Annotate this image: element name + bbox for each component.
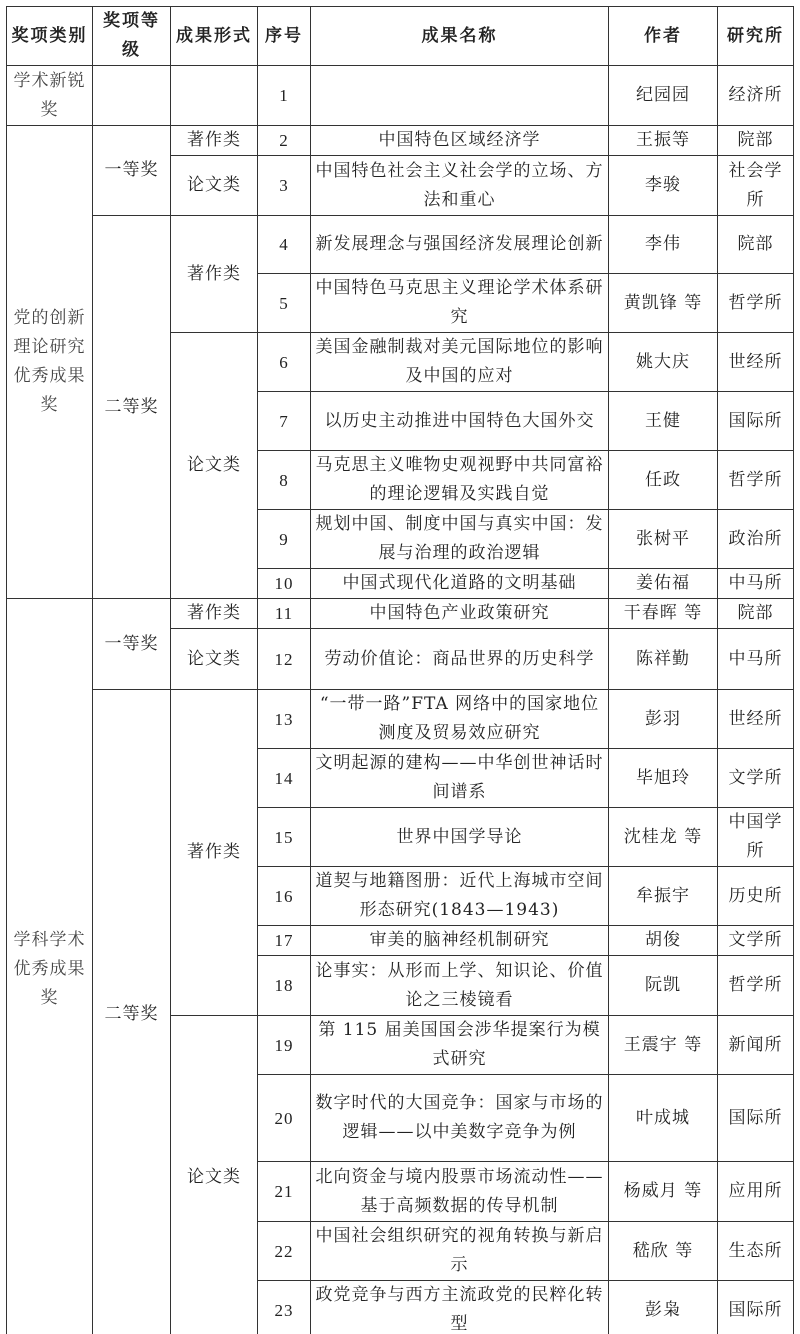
author-cell: 纪园园 — [609, 66, 718, 126]
author-cell: 彭枭 — [609, 1281, 718, 1334]
number-cell: 6 — [258, 333, 311, 392]
category-cell: 党的创新理论研究优秀成果奖 — [7, 126, 93, 599]
title-cell: 以历史主动推进中国特色大国外交 — [311, 392, 609, 451]
form-cell: 著作类 — [171, 216, 258, 333]
number-cell: 9 — [258, 510, 311, 569]
level-cell: 一等奖 — [93, 126, 171, 216]
number-cell: 15 — [258, 808, 311, 867]
institute-cell: 经济所 — [718, 66, 794, 126]
title-cell: “一带一路”FTA 网络中的国家地位测度及贸易效应研究 — [311, 690, 609, 749]
number-cell: 16 — [258, 867, 311, 926]
author-cell: 牟振宇 — [609, 867, 718, 926]
institute-cell: 中国学所 — [718, 808, 794, 867]
category-cell: 学术新锐奖 — [7, 66, 93, 126]
author-cell: 王振等 — [609, 126, 718, 156]
header-row: 奖项类别 奖项等级 成果形式 序号 成果名称 作者 研究所 — [7, 7, 794, 66]
title-cell: 审美的脑神经机制研究 — [311, 926, 609, 956]
title-cell: 规划中国、制度中国与真实中国：发展与治理的政治逻辑 — [311, 510, 609, 569]
level-cell: 二等奖 — [93, 216, 171, 599]
title-cell — [311, 66, 609, 126]
number-cell: 20 — [258, 1075, 311, 1162]
number-cell: 13 — [258, 690, 311, 749]
number-cell: 22 — [258, 1222, 311, 1281]
form-cell: 著作类 — [171, 126, 258, 156]
institute-cell: 生态所 — [718, 1222, 794, 1281]
institute-cell: 院部 — [718, 599, 794, 629]
author-cell: 嵇欣 等 — [609, 1222, 718, 1281]
title-cell: 数字时代的大国竞争：国家与市场的逻辑——以中美数字竞争为例 — [311, 1075, 609, 1162]
title-cell: 道契与地籍图册：近代上海城市空间形态研究(1843—1943) — [311, 867, 609, 926]
institute-cell: 社会学所 — [718, 156, 794, 216]
title-cell: 政党竞争与西方主流政党的民粹化转型 — [311, 1281, 609, 1334]
author-cell: 沈桂龙 等 — [609, 808, 718, 867]
institute-cell: 历史所 — [718, 867, 794, 926]
number-cell: 1 — [258, 66, 311, 126]
number-cell: 21 — [258, 1162, 311, 1222]
author-cell: 姚大庆 — [609, 333, 718, 392]
author-cell: 黄凯锋 等 — [609, 274, 718, 333]
title-cell: 文明起源的建构——中华创世神话时间谱系 — [311, 749, 609, 808]
author-cell: 陈祥勤 — [609, 629, 718, 690]
institute-cell: 哲学所 — [718, 956, 794, 1016]
number-cell: 11 — [258, 599, 311, 629]
institute-cell: 中马所 — [718, 569, 794, 599]
institute-cell: 院部 — [718, 126, 794, 156]
author-cell: 任政 — [609, 451, 718, 510]
awards-table: 奖项类别 奖项等级 成果形式 序号 成果名称 作者 研究所 学术新锐奖 1 纪园… — [6, 6, 794, 1334]
number-cell: 4 — [258, 216, 311, 274]
institute-cell: 文学所 — [718, 926, 794, 956]
author-cell: 王健 — [609, 392, 718, 451]
header-category: 奖项类别 — [7, 7, 93, 66]
category-cell: 学科学术优秀成果奖 — [7, 599, 93, 1334]
table-row: 二等奖 著作类 13 “一带一路”FTA 网络中的国家地位测度及贸易效应研究 彭… — [7, 690, 794, 749]
institute-cell: 哲学所 — [718, 274, 794, 333]
author-cell: 毕旭玲 — [609, 749, 718, 808]
institute-cell: 院部 — [718, 216, 794, 274]
header-level: 奖项等级 — [93, 7, 171, 66]
number-cell: 2 — [258, 126, 311, 156]
title-cell: 中国社会组织研究的视角转换与新启示 — [311, 1222, 609, 1281]
number-cell: 8 — [258, 451, 311, 510]
author-cell: 杨威月 等 — [609, 1162, 718, 1222]
header-title: 成果名称 — [311, 7, 609, 66]
institute-cell: 文学所 — [718, 749, 794, 808]
author-cell: 张树平 — [609, 510, 718, 569]
number-cell: 7 — [258, 392, 311, 451]
institute-cell: 中马所 — [718, 629, 794, 690]
level-cell — [93, 66, 171, 126]
form-cell: 论文类 — [171, 333, 258, 599]
header-institute: 研究所 — [718, 7, 794, 66]
author-cell: 姜佑福 — [609, 569, 718, 599]
title-cell: 中国特色产业政策研究 — [311, 599, 609, 629]
author-cell: 阮凯 — [609, 956, 718, 1016]
header-number: 序号 — [258, 7, 311, 66]
header-form: 成果形式 — [171, 7, 258, 66]
institute-cell: 应用所 — [718, 1162, 794, 1222]
table-row: 学科学术优秀成果奖 一等奖 著作类 11 中国特色产业政策研究 干春晖 等 院部 — [7, 599, 794, 629]
number-cell: 12 — [258, 629, 311, 690]
number-cell: 14 — [258, 749, 311, 808]
form-cell: 论文类 — [171, 156, 258, 216]
number-cell: 23 — [258, 1281, 311, 1334]
number-cell: 5 — [258, 274, 311, 333]
title-cell: 马克思主义唯物史观视野中共同富裕的理论逻辑及实践自觉 — [311, 451, 609, 510]
title-cell: 美国金融制裁对美元国际地位的影响及中国的应对 — [311, 333, 609, 392]
author-cell: 王震宇 等 — [609, 1016, 718, 1075]
institute-cell: 世经所 — [718, 690, 794, 749]
author-cell: 干春晖 等 — [609, 599, 718, 629]
header-author: 作者 — [609, 7, 718, 66]
author-cell: 李伟 — [609, 216, 718, 274]
institute-cell: 政治所 — [718, 510, 794, 569]
title-cell: 中国特色区域经济学 — [311, 126, 609, 156]
table-row: 二等奖 著作类 4 新发展理念与强国经济发展理论创新 李伟 院部 — [7, 216, 794, 274]
author-cell: 胡俊 — [609, 926, 718, 956]
title-cell: 论事实：从形而上学、知识论、价值论之三棱镜看 — [311, 956, 609, 1016]
form-cell: 著作类 — [171, 690, 258, 1016]
table-row: 学术新锐奖 1 纪园园 经济所 — [7, 66, 794, 126]
table-row: 党的创新理论研究优秀成果奖 一等奖 著作类 2 中国特色区域经济学 王振等 院部 — [7, 126, 794, 156]
institute-cell: 世经所 — [718, 333, 794, 392]
author-cell: 叶成城 — [609, 1075, 718, 1162]
author-cell: 彭羽 — [609, 690, 718, 749]
author-cell: 李骏 — [609, 156, 718, 216]
number-cell: 18 — [258, 956, 311, 1016]
form-cell — [171, 66, 258, 126]
title-cell: 北向资金与境内股票市场流动性——基于高频数据的传导机制 — [311, 1162, 609, 1222]
form-cell: 论文类 — [171, 1016, 258, 1334]
number-cell: 10 — [258, 569, 311, 599]
level-cell: 二等奖 — [93, 690, 171, 1334]
title-cell: 世界中国学导论 — [311, 808, 609, 867]
number-cell: 17 — [258, 926, 311, 956]
number-cell: 19 — [258, 1016, 311, 1075]
title-cell: 中国式现代化道路的文明基础 — [311, 569, 609, 599]
title-cell: 新发展理念与强国经济发展理论创新 — [311, 216, 609, 274]
level-cell: 一等奖 — [93, 599, 171, 690]
title-cell: 中国特色社会主义社会学的立场、方法和重心 — [311, 156, 609, 216]
form-cell: 论文类 — [171, 629, 258, 690]
institute-cell: 国际所 — [718, 1075, 794, 1162]
institute-cell: 国际所 — [718, 392, 794, 451]
institute-cell: 新闻所 — [718, 1016, 794, 1075]
title-cell: 第 115 届美国国会涉华提案行为模式研究 — [311, 1016, 609, 1075]
form-cell: 著作类 — [171, 599, 258, 629]
title-cell: 中国特色马克思主义理论学术体系研究 — [311, 274, 609, 333]
institute-cell: 国际所 — [718, 1281, 794, 1334]
title-cell: 劳动价值论：商品世界的历史科学 — [311, 629, 609, 690]
number-cell: 3 — [258, 156, 311, 216]
institute-cell: 哲学所 — [718, 451, 794, 510]
